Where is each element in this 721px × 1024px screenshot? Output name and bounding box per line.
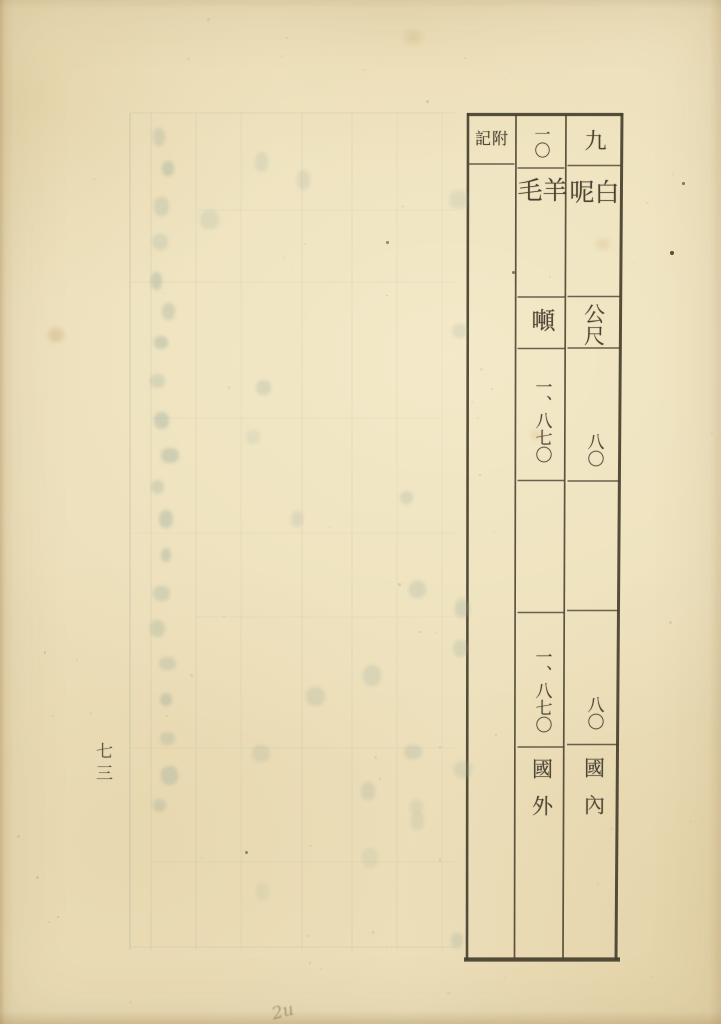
ink-speck bbox=[682, 182, 685, 185]
col9-blank-cell bbox=[568, 482, 618, 609]
page-number: 七三 bbox=[93, 742, 110, 786]
col10-commodity-cell: 羊毛 bbox=[518, 170, 564, 302]
col9-commodity-cell: 白呢 bbox=[568, 167, 618, 307]
ink-speck bbox=[512, 271, 515, 274]
col10-origin-cell: 國外 bbox=[518, 749, 564, 963]
col9-origin-cell: 國內 bbox=[568, 746, 618, 965]
col10-unit-cell: 噸 bbox=[518, 299, 564, 355]
ink-speck bbox=[245, 851, 248, 854]
col10-number-cell: 一〇 bbox=[518, 116, 564, 176]
col9-unit-cell: 公尺 bbox=[568, 298, 618, 352]
ink-speck bbox=[670, 251, 674, 255]
ink-speck bbox=[386, 241, 389, 244]
remarks-header-cell: 附記 bbox=[470, 116, 514, 162]
scanned-page: 附記 一〇 羊毛 噸 一、八七〇 一、八七〇 國外 九 白呢 公尺 八〇 八〇 … bbox=[0, 0, 721, 1024]
col10-blank-cell bbox=[518, 482, 564, 611]
remarks-body-cell bbox=[470, 166, 514, 956]
